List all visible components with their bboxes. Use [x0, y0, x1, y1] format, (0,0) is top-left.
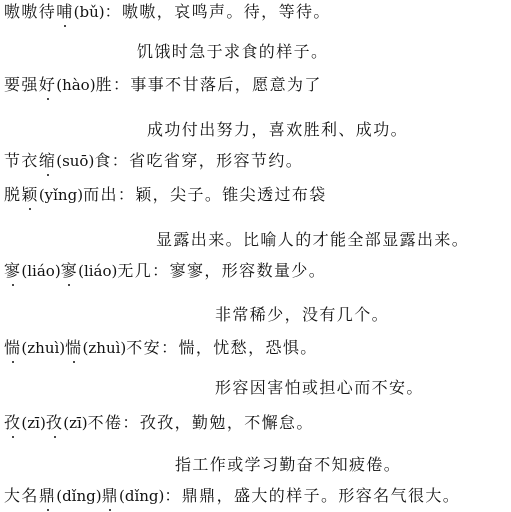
pinyin: (suō) [56, 152, 94, 170]
emphasized-char: 鼎 [39, 486, 56, 506]
pinyin: (zī) [21, 414, 45, 432]
entry-5-continuation: 非常稀少，没有几个。 [215, 305, 389, 325]
entry-6-continuation: 形容因害怕或担心而不安。 [215, 378, 424, 398]
pinyin: (dǐng) [56, 487, 101, 505]
term-text: ： [164, 486, 181, 505]
definition: 孜孜，勤勉，不懈怠。 [140, 413, 314, 432]
pinyin: (liáo) [21, 262, 60, 280]
term-text: 大名 [4, 486, 39, 505]
definition: 鼎鼎，盛大的样子。形容名气很大。 [182, 486, 460, 505]
definition: 惴，忧愁，恐惧。 [178, 338, 317, 357]
definition: 颖，尖子。锥尖透过布袋 [135, 185, 326, 204]
term-text: ： [105, 2, 122, 21]
pinyin: (zhuì) [21, 339, 65, 357]
pinyin: (yǐng) [39, 186, 83, 204]
emphasized-char: 寥 [4, 261, 21, 281]
entry-8-line: 大名鼎(dǐng)鼎(dǐng)：鼎鼎，盛大的样子。形容名气很大。 [4, 486, 460, 506]
entry-2-continuation: 成功付出努力，喜欢胜利、成功。 [147, 120, 408, 140]
emphasized-char: 好 [39, 75, 56, 95]
entry-3-line: 节衣缩(suō)食：省吃省穿，形容节约。 [4, 151, 303, 171]
emphasized-char: 缩 [39, 151, 56, 171]
definition: 省吃省穿，形容节约。 [129, 151, 303, 170]
emphasized-char: 颖 [21, 185, 38, 205]
emphasized-char: 孜 [4, 413, 21, 433]
definition: 事事不甘落后，愿意为了 [130, 75, 321, 94]
term-text: 节衣 [4, 151, 39, 170]
term-text: 不倦： [88, 413, 140, 432]
emphasized-char: 孜 [46, 413, 63, 433]
term-text: 要强 [4, 75, 39, 94]
entry-1-continuation: 饥饿时急于求食的样子。 [137, 42, 328, 62]
pinyin: (hào) [56, 76, 95, 94]
pinyin: (dǐng) [119, 487, 164, 505]
term-text: 胜： [96, 75, 131, 94]
entry-1-line: 嗷嗷待哺(bǔ)：嗷嗷，哀鸣声。待，等待。 [4, 2, 331, 22]
entry-7-continuation: 指工作或学习勤奋不知疲倦。 [175, 455, 401, 475]
emphasized-char: 鼎 [102, 486, 119, 506]
term-text: 嗷嗷待 [4, 2, 56, 21]
emphasized-char: 哺 [56, 2, 73, 22]
entry-4-continuation: 显露出来。比喻人的才能全部显露出来。 [156, 230, 469, 250]
pinyin: (zhuì) [83, 339, 127, 357]
emphasized-char: 寥 [61, 261, 78, 281]
emphasized-char: 惴 [65, 338, 82, 358]
pinyin: (liáo) [78, 262, 117, 280]
entry-4-line: 脱颖(yǐng)而出：颖，尖子。锥尖透过布袋 [4, 185, 327, 205]
definition: 嗷嗷，哀鸣声。待，等待。 [122, 2, 331, 21]
term-text: 不安： [126, 338, 178, 357]
entry-6-line: 惴(zhuì)惴(zhuì)不安：惴，忧愁，恐惧。 [4, 338, 318, 358]
entry-7-line: 孜(zī)孜(zī)不倦：孜孜，勤勉，不懈怠。 [4, 413, 314, 433]
pinyin: (zī) [63, 414, 87, 432]
definition: 寥寥，形容数量少。 [170, 261, 327, 280]
term-text: 食： [94, 151, 129, 170]
term-text: 无几： [117, 261, 169, 280]
entry-2-line: 要强好(hào)胜：事事不甘落后，愿意为了 [4, 75, 322, 95]
pinyin: (bǔ) [74, 3, 105, 21]
term-text: 而出： [83, 185, 135, 204]
entry-5-line: 寥(liáo)寥(liáo)无几：寥寥，形容数量少。 [4, 261, 326, 281]
term-text: 脱 [4, 185, 21, 204]
emphasized-char: 惴 [4, 338, 21, 358]
